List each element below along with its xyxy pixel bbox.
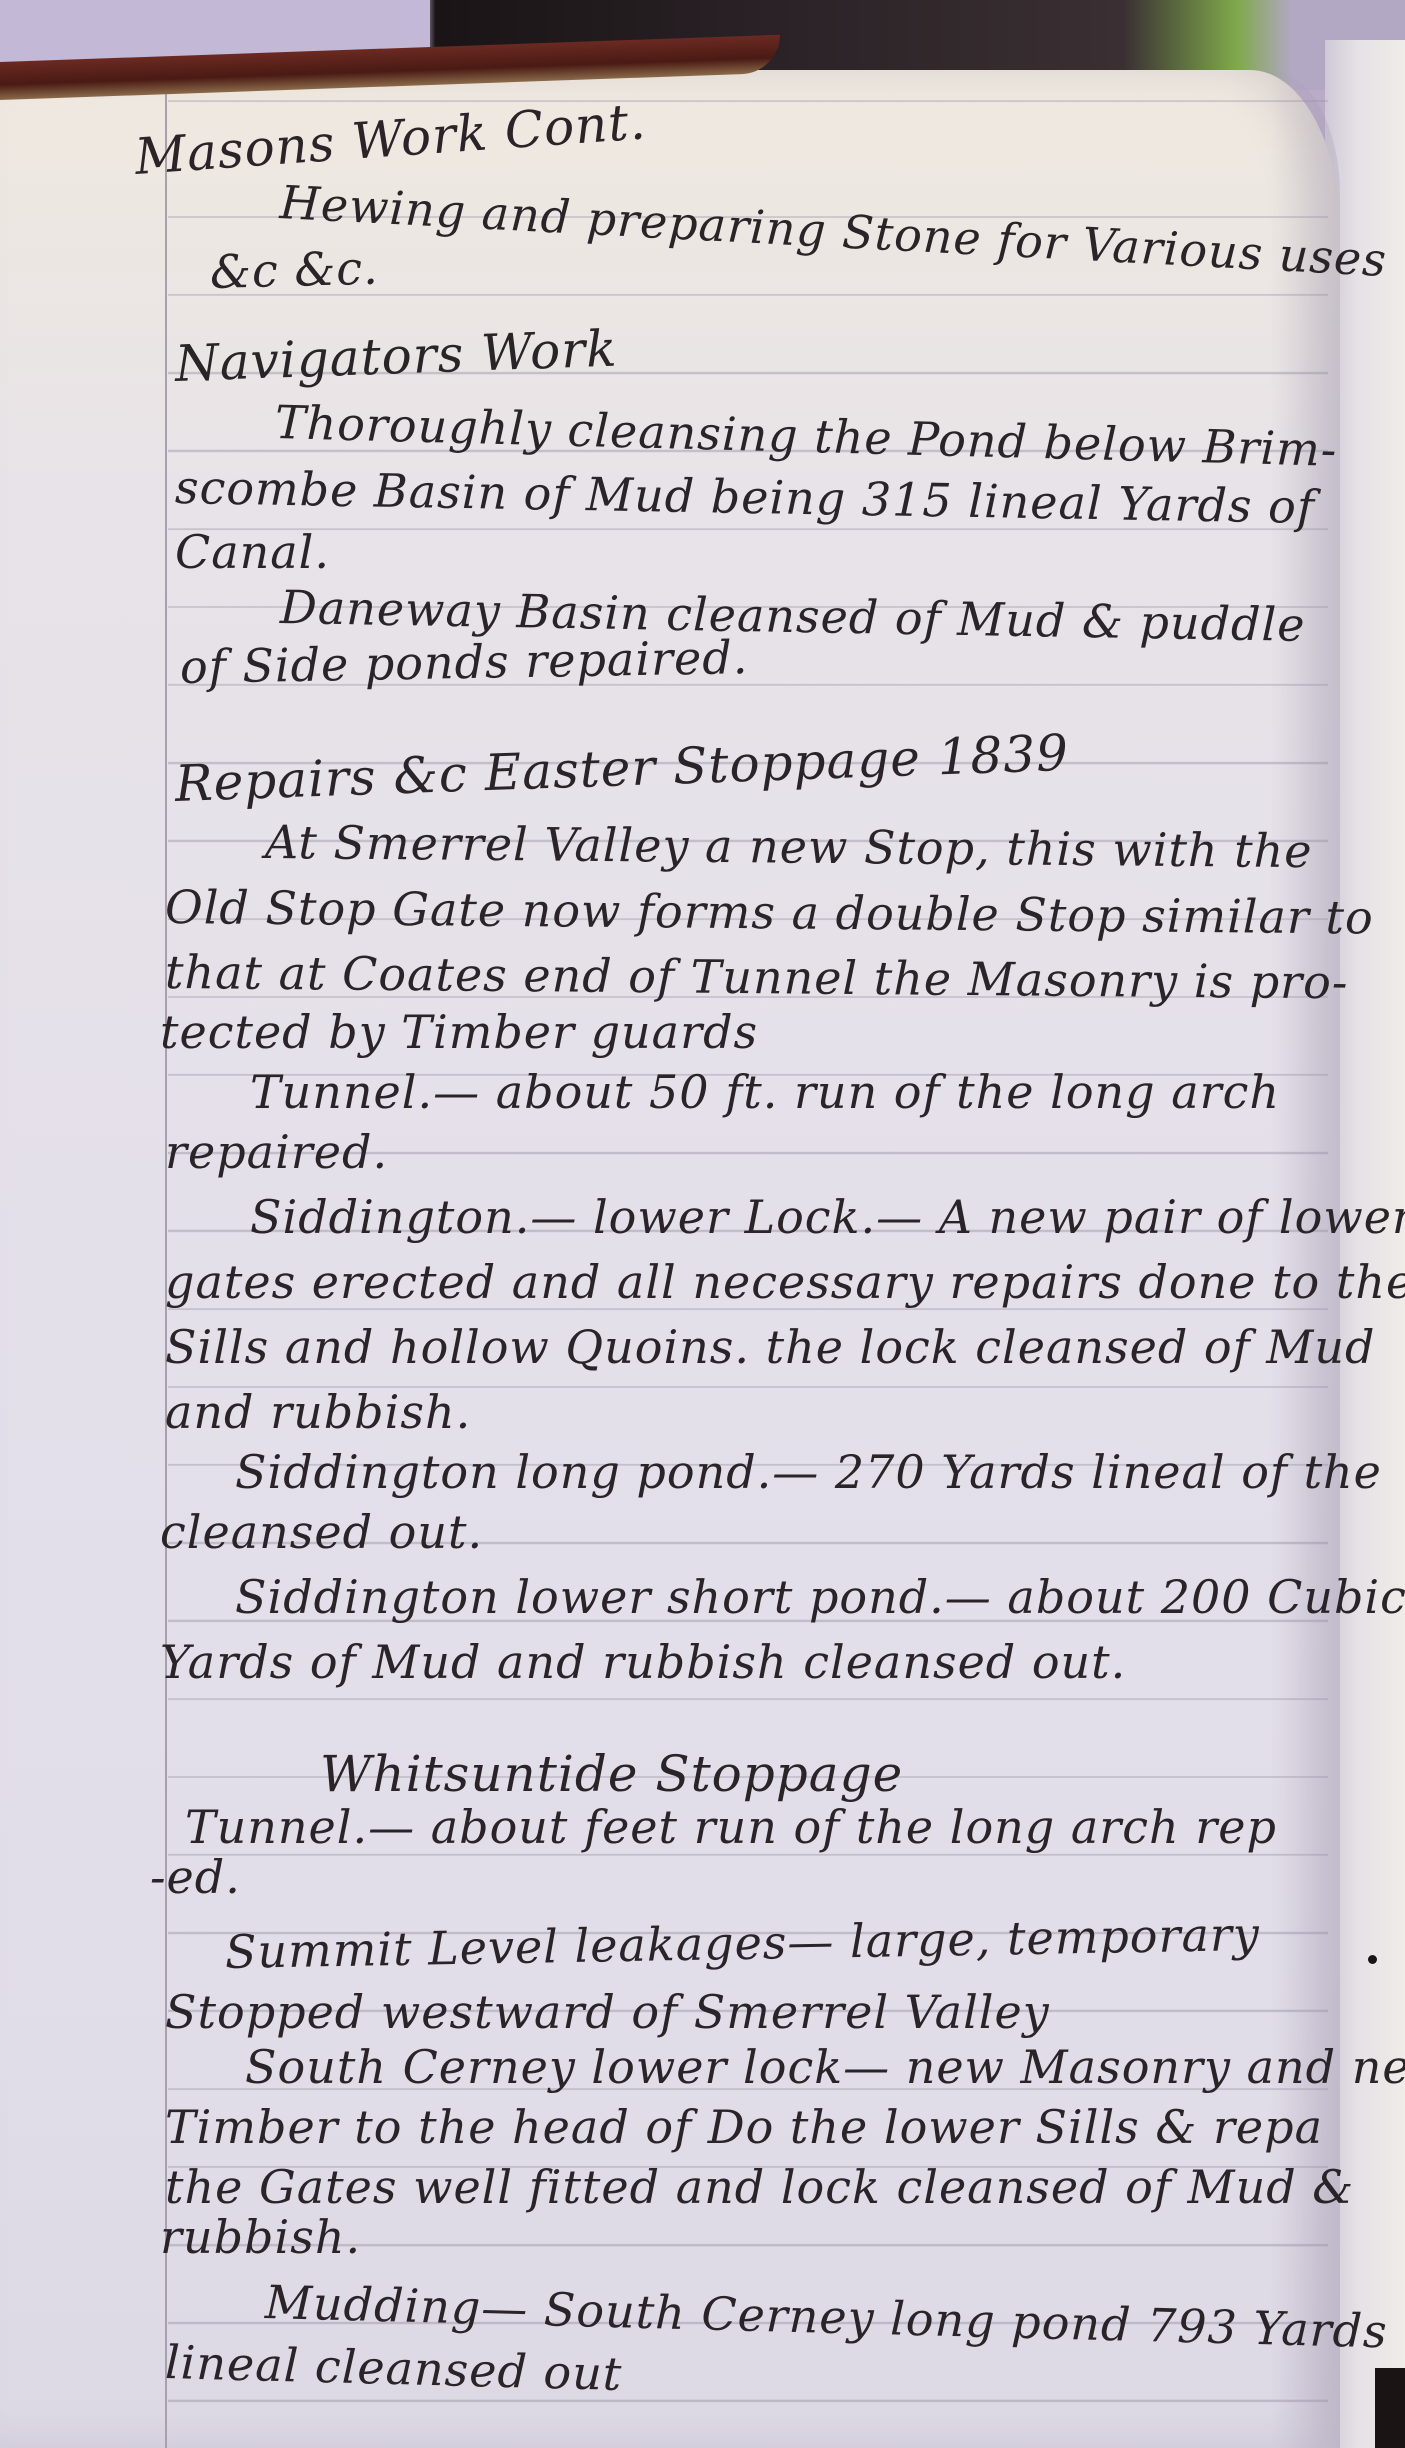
text-line: gates erected and all necessary repairs … bbox=[165, 1255, 1405, 1309]
text-line: South Cerney lower lock— new Masonry and… bbox=[245, 2040, 1405, 2094]
text-line: Old Stop Gate now forms a double Stop si… bbox=[165, 880, 1374, 945]
text-line: Yards of Mud and rubbish cleansed out. bbox=[160, 1635, 1126, 1689]
text-line: Stopped westward of Smerrel Valley bbox=[165, 1985, 1050, 2039]
text-line: repaired. bbox=[165, 1125, 388, 1179]
text-line: Sills and hollow Quoins. the lock cleans… bbox=[165, 1320, 1375, 1374]
text-line: Siddington long pond.— 270 Yards lineal … bbox=[235, 1445, 1382, 1499]
ink-spot bbox=[1368, 1955, 1377, 1964]
section-heading-whitsuntide: Whitsuntide Stoppage bbox=[320, 1745, 903, 1803]
text-line: -ed. bbox=[150, 1850, 241, 1904]
text-line: cleansed out. bbox=[160, 1505, 483, 1559]
text-line: Timber to the head of Do the lower Sills… bbox=[165, 2100, 1323, 2154]
text-line: of Side ponds repaired. bbox=[180, 630, 749, 694]
text-line: Siddington.— lower Lock.— A new pair of … bbox=[250, 1190, 1405, 1244]
text-line: Canal. bbox=[175, 525, 330, 579]
text-line: and rubbish. bbox=[165, 1385, 471, 1439]
text-line: Tunnel.— about feet run of the long arch… bbox=[185, 1800, 1277, 1854]
text-line: At Smerrel Valley a new Stop, this with … bbox=[265, 815, 1313, 878]
text-line: &c &c. bbox=[209, 241, 379, 299]
text-line: Siddington lower short pond.— about 200 … bbox=[235, 1570, 1405, 1624]
text-line: Tunnel.— about 50 ft. run of the long ar… bbox=[250, 1065, 1280, 1119]
text-line: rubbish. bbox=[160, 2210, 361, 2264]
text-line: tected by Timber guards bbox=[160, 1005, 758, 1059]
background-corner bbox=[1375, 2368, 1405, 2448]
text-line: the Gates well fitted and lock cleansed … bbox=[165, 2160, 1354, 2214]
text-line: that at Coates end of Tunnel the Masonry… bbox=[165, 945, 1349, 1009]
